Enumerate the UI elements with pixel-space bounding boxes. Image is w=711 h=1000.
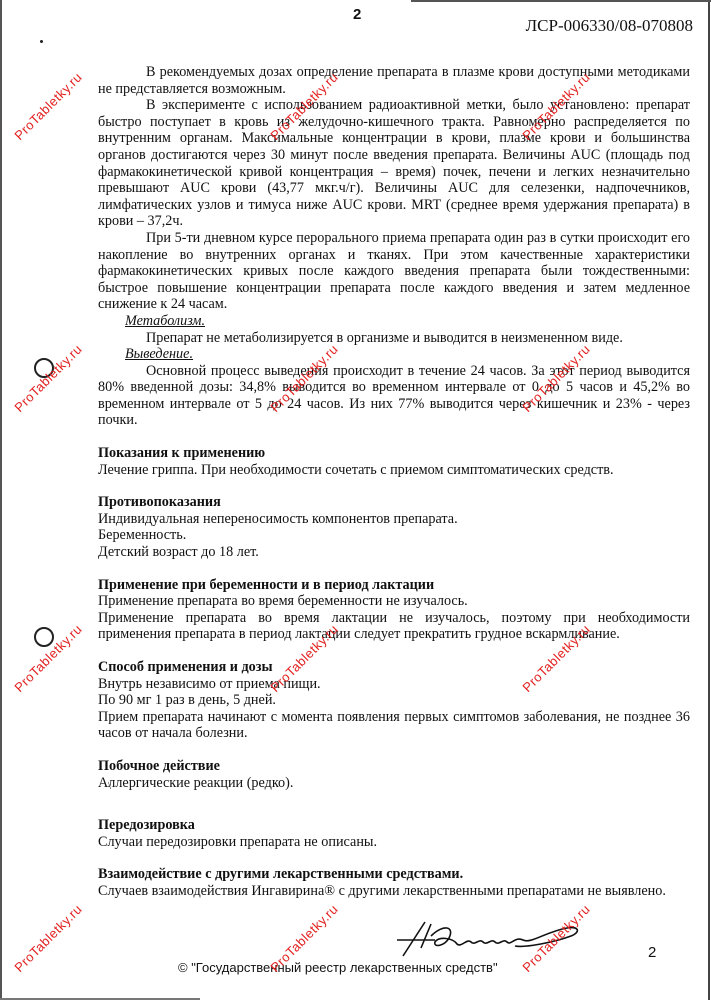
page-number-bottom: 2 xyxy=(648,944,656,961)
section-title: Противопоказания xyxy=(98,494,690,511)
section-title: Способ применения и дозы xyxy=(98,659,690,676)
section-line: Беременность. xyxy=(98,527,690,544)
section-title: Взаимодействие с другими лекарственными … xyxy=(98,866,690,883)
paragraph-detection: В рекомендуемых дозах определение препар… xyxy=(98,64,690,97)
paragraph-radiolabel: В эксперименте с использованием радиоакт… xyxy=(98,97,690,230)
section-line: Случаев взаимодействия Ингавирина® с дру… xyxy=(98,883,690,900)
section-line: Случаи передозировки препарата не описан… xyxy=(98,834,690,851)
section-side-effects: Побочное действие Аллергические реакции … xyxy=(98,758,690,791)
watermark: ProTabletky.ru xyxy=(11,341,85,415)
metabolism-text: Препарат не метаболизируется в организме… xyxy=(98,330,690,347)
section-title: Побочное действие xyxy=(98,758,690,775)
section-line: Детский возраст до 18 лет. xyxy=(98,544,690,561)
metabolism-heading: Метаболизм. xyxy=(125,313,690,330)
excretion-text: Основной процесс выведения происходит в … xyxy=(98,363,690,429)
section-line: Применение препарата во время лактации н… xyxy=(98,610,690,643)
section-line: Прием препарата начинают с момента появл… xyxy=(98,709,690,742)
section-line: Применение препарата во время беременнос… xyxy=(98,593,690,610)
page-border-right xyxy=(708,0,710,1000)
watermark: ProTabletky.ru xyxy=(11,901,85,975)
paragraph-course: При 5-ти дневном курсе перорального прие… xyxy=(98,230,690,313)
section-dosage: Способ применения и дозы Внутрь независи… xyxy=(98,659,690,742)
stray-mark: \ xyxy=(108,780,111,792)
registration-number: ЛСР-006330/08-070808 xyxy=(526,16,693,36)
section-line: Индивидуальная непереносимость компонент… xyxy=(98,511,690,528)
section-line: По 90 мг 1 раз в день, 5 дней. xyxy=(98,692,690,709)
section-line: Аллергические реакции (редко). xyxy=(98,775,690,792)
section-overdose: Передозировка Случаи передозировки препа… xyxy=(98,817,690,850)
scan-dot xyxy=(40,40,43,43)
page-number-top: 2 xyxy=(353,6,361,23)
section-line: Внутрь независимо от приема пищи. xyxy=(98,676,690,693)
watermark: ProTabletky.ru xyxy=(11,69,85,143)
section-title: Показания к применению xyxy=(98,445,690,462)
page-border-left xyxy=(0,0,2,1000)
section-title: Применение при беременности и в период л… xyxy=(98,577,690,594)
section-line: Лечение гриппа. При необходимости сочета… xyxy=(98,462,690,479)
scan-edge-top xyxy=(411,0,711,2)
document-body: В рекомендуемых дозах определение препар… xyxy=(98,64,690,900)
section-title: Передозировка xyxy=(98,817,690,834)
copyright-notice: © "Государственный реестр лекарственных … xyxy=(178,960,498,975)
section-contraindications: Противопоказания Индивидуальная неперено… xyxy=(98,494,690,560)
section-pregnancy: Применение при беременности и в период л… xyxy=(98,577,690,643)
excretion-heading: Выведение. xyxy=(125,346,690,363)
section-interactions: Взаимодействие с другими лекарственными … xyxy=(98,866,690,899)
section-indications: Показания к применению Лечение гриппа. П… xyxy=(98,445,690,478)
